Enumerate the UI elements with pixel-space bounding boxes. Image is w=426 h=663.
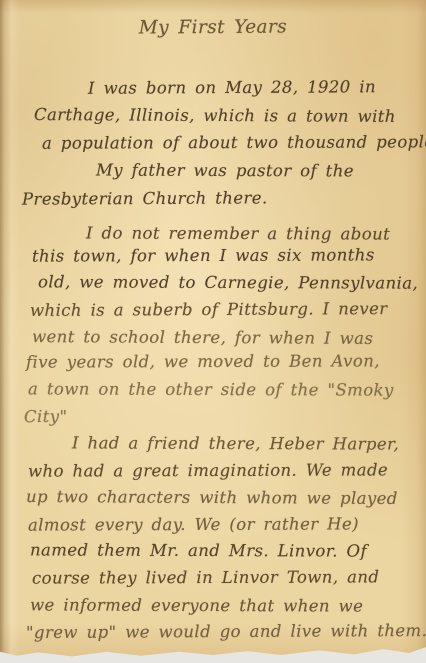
- handwritten-line: City": [24, 407, 68, 428]
- handwritten-page: My First Years I was born on May 28, 192…: [0, 0, 426, 663]
- handwritten-line: named them Mr. and Mrs. Linvor. Of: [30, 540, 367, 562]
- handwritten-line: this town, for when I was six months: [32, 245, 375, 267]
- handwritten-line: "grew up" we would go and live with them…: [26, 621, 426, 644]
- handwritten-line: a population of about two thousand peopl…: [42, 132, 426, 154]
- handwritten-line: which is a suberb of Pittsburg. I never: [30, 299, 388, 321]
- handwritten-line: a town on the other side of the "Smoky: [28, 379, 394, 401]
- handwritten-line: who had a great imagination. We made: [28, 460, 388, 482]
- handwritten-line: course they lived in Linvor Town, and: [32, 567, 379, 589]
- handwritten-line: went to school there, for when I was: [32, 327, 373, 349]
- handwritten-line: Presbyterian Church there.: [22, 188, 268, 210]
- page-title: My First Years: [0, 15, 426, 41]
- handwritten-line: five years old, we moved to Ben Avon,: [26, 351, 380, 373]
- scanned-document: My First Years I was born on May 28, 192…: [0, 0, 426, 663]
- handwritten-line: I had a friend there, Heber Harper,: [72, 433, 399, 455]
- handwritten-line: we informed everyone that when we: [30, 595, 363, 617]
- handwritten-line: almost every day. We (or rather He): [28, 514, 359, 536]
- handwritten-line: I do not remember a thing about: [86, 223, 390, 245]
- handwritten-line: My father was pastor of the: [96, 161, 354, 183]
- handwritten-line: Carthage, Illinois, which is a town with: [34, 105, 396, 128]
- handwritten-line: old, we moved to Carnegie, Pennsylvania,: [38, 272, 418, 294]
- handwritten-line: up two characters with whom we played: [26, 487, 398, 510]
- handwritten-line: I was born on May 28, 1920 in: [88, 77, 376, 99]
